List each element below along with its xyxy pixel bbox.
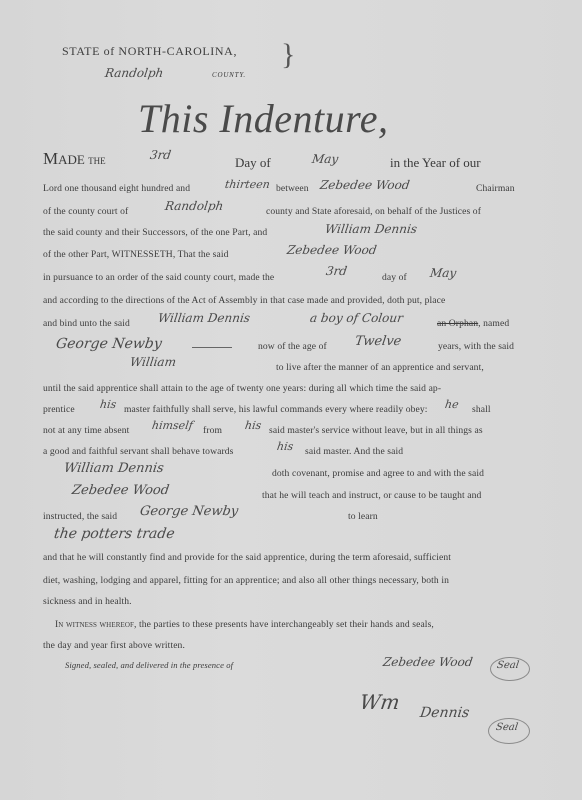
pronoun-his-handwritten: his: [244, 419, 262, 432]
age-handwritten: Twelve: [354, 334, 402, 349]
month-handwritten: May: [311, 152, 339, 166]
made-text: ADE the: [58, 152, 105, 167]
text-master-faithfully: master faithfully shall serve, his lawfu…: [124, 404, 428, 415]
text-and-the-said: said master. And the said: [305, 446, 403, 457]
chairman-name-handwritten-3: Zebedee Wood: [71, 483, 170, 498]
document-page: STATE of NORTH-CAROLINA, } Randolph COUN…: [0, 0, 582, 800]
text-successors: the said county and their Successors, of…: [43, 227, 267, 238]
text-lord: Lord one thousand eight hundred and: [43, 183, 190, 194]
order-day-handwritten: 3rd: [325, 264, 348, 278]
master-name-handwritten: William Dennis: [324, 222, 418, 236]
state-heading: STATE of NORTH-CAROLINA,: [62, 44, 237, 59]
seal-2-label: Seal: [495, 722, 518, 733]
himself-handwritten: himself: [151, 419, 194, 432]
year-handwritten: thirteen: [224, 178, 271, 191]
apprentice-name-handwritten-2: George Newby: [139, 504, 239, 519]
text-sickness-health: sickness and in health.: [43, 596, 132, 607]
text-chairman: Chairman: [476, 183, 515, 194]
text-state-aforesaid: county and State aforesaid, on behalf of…: [266, 206, 481, 217]
text-with-the-said: years, with the said: [438, 341, 514, 352]
chairman-name-handwritten-2: Zebedee Wood: [286, 243, 378, 257]
text-pursuance: in pursuance to an order of the said cou…: [43, 272, 274, 283]
text-parties: the parties to these presents have inter…: [139, 619, 434, 630]
line-made: MADE the: [43, 149, 106, 169]
text-act-of-assembly: and according to the directions of the A…: [43, 295, 445, 306]
master-firstname-handwritten: William: [129, 355, 177, 369]
year-text: in the Year of our: [390, 155, 481, 171]
text-masters-service: said master's service without leave, but…: [269, 425, 483, 436]
header-brace: }: [281, 40, 295, 70]
text-witnesseth: of the other Part, WITNESSETH, That the …: [43, 249, 229, 260]
text-not-absent: not at any time absent: [43, 425, 129, 436]
text-instructed: instructed, the said: [43, 511, 117, 522]
description-handwritten: a boy of Colour: [309, 311, 404, 325]
trade-handwritten: the potters trade: [53, 526, 176, 542]
text-diet-washing: diet, washing, lodging and apparel, fitt…: [43, 575, 449, 586]
text-day-of: day of: [382, 272, 407, 283]
pronoun-handwritten: his: [99, 398, 117, 411]
day-handwritten: 3rd: [149, 148, 172, 162]
text-age-of: now of the age of: [258, 341, 327, 352]
text-between: between: [276, 183, 309, 194]
pronoun-his-handwritten-2: his: [276, 440, 294, 453]
text-named: , named: [478, 318, 509, 329]
document-title: This Indenture,: [138, 95, 388, 142]
county-handwritten: Randolph: [104, 66, 164, 80]
day-of-text: Day of: [235, 155, 271, 171]
text-doth-covenant: doth covenant, promise and agree to and …: [272, 468, 484, 479]
pronoun-he-handwritten: he: [444, 398, 459, 411]
text-constantly-find: and that he will constantly find and pro…: [43, 552, 451, 563]
signature-dennis: Dennis: [419, 705, 470, 721]
master-name-handwritten-3: William Dennis: [63, 461, 165, 476]
text-teach-instruct: that he will teach and instruct, or caus…: [262, 490, 481, 501]
master-name-handwritten-2: William Dennis: [157, 311, 251, 325]
text-day-year-written: the day and year first above written.: [43, 640, 185, 651]
text-good-servant: a good and faithful servant shall behave…: [43, 446, 234, 457]
in-witness-smallcaps: In witness whereof,: [55, 619, 137, 630]
signature-wm: Wm: [358, 690, 401, 714]
seal-1-label: Seal: [496, 660, 519, 671]
state-name: STATE of NORTH-CAROLINA,: [62, 44, 237, 58]
text-in-witness: In witness whereof, the parties to these…: [55, 619, 434, 630]
text-county-court: of the county court of: [43, 206, 128, 217]
text-shall: shall: [472, 404, 491, 415]
struck-orphan-text: an Orphan: [437, 318, 478, 329]
text-bind-unto: and bind unto the said: [43, 318, 130, 329]
signature-zebedee-wood: Zebedee Wood: [382, 655, 474, 669]
county-court-handwritten: Randolph: [164, 199, 224, 213]
dash-line: [192, 347, 232, 348]
order-month-handwritten: May: [429, 266, 457, 280]
text-until-apprentice: until the said apprentice shall attain t…: [43, 383, 441, 394]
text-from: from: [203, 425, 222, 436]
drop-letter: M: [43, 149, 58, 168]
county-label: COUNTY.: [212, 71, 246, 79]
text-live-after: to live after the manner of an apprentic…: [276, 362, 484, 373]
chairman-name-handwritten: Zebedee Wood: [319, 178, 411, 192]
witness-label: Signed, sealed, and delivered in the pre…: [65, 660, 233, 670]
apprentice-name-handwritten: George Newby: [55, 336, 163, 352]
text-to-learn: to learn: [348, 511, 378, 522]
orphan-named: an Orphan, named: [437, 318, 509, 329]
text-prentice: prentice: [43, 404, 75, 415]
